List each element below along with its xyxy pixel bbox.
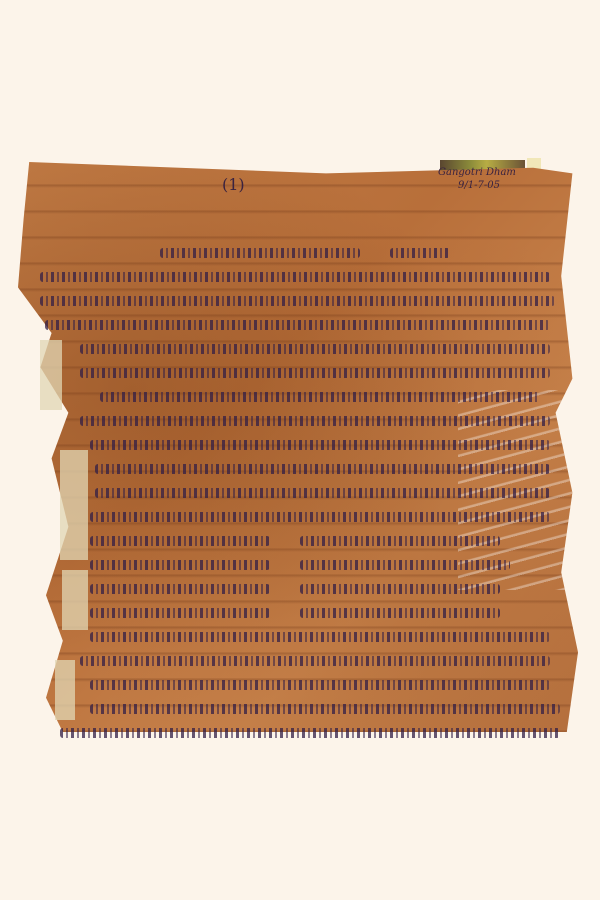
text-line bbox=[40, 266, 560, 288]
page-number: (1) bbox=[222, 175, 245, 194]
text-line bbox=[40, 458, 560, 480]
text-line bbox=[40, 290, 560, 312]
text-line bbox=[40, 530, 560, 552]
text-line bbox=[40, 434, 560, 456]
text-line bbox=[40, 386, 560, 408]
text-line bbox=[40, 506, 560, 528]
text-line bbox=[40, 698, 560, 720]
text-line bbox=[40, 314, 560, 336]
text-line bbox=[40, 482, 560, 504]
text-line bbox=[40, 650, 560, 672]
header-note-date: 9/1-7-05 bbox=[398, 179, 516, 192]
header-note: Gangotri Dham 9/1-7-05 bbox=[398, 166, 516, 192]
text-line bbox=[40, 410, 560, 432]
text-line bbox=[40, 362, 560, 384]
manuscript-text-lines bbox=[40, 242, 560, 746]
text-line bbox=[40, 242, 560, 264]
text-line bbox=[40, 674, 560, 696]
text-line bbox=[40, 626, 560, 648]
text-line bbox=[40, 338, 560, 360]
text-line bbox=[40, 602, 560, 624]
header-note-english: Gangotri Dham bbox=[398, 166, 516, 179]
text-line bbox=[40, 578, 560, 600]
text-line bbox=[40, 722, 560, 744]
text-line bbox=[40, 554, 560, 576]
